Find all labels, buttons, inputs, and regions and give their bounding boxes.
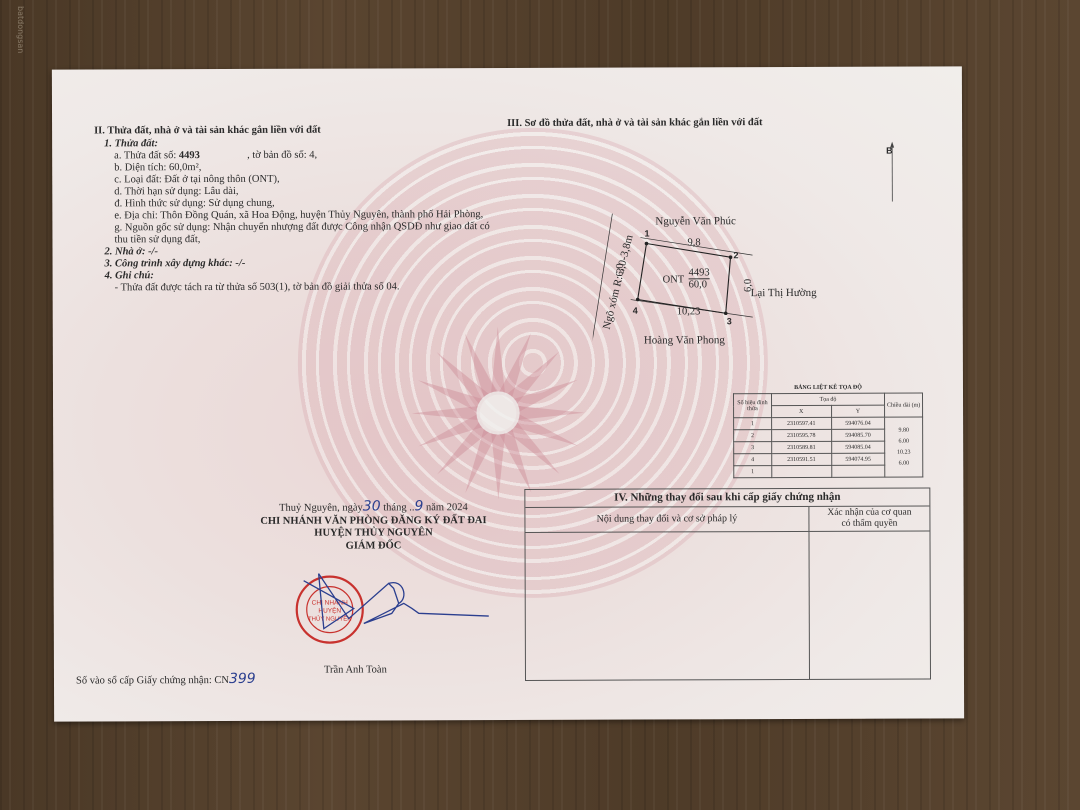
month: 9	[414, 498, 423, 514]
col-coords: Tọa độ	[771, 393, 884, 405]
cell-point: 3	[734, 442, 772, 454]
vertex-4: 4	[633, 305, 638, 318]
month-label: tháng	[383, 502, 406, 513]
house: 2. Nhà ở: -/-	[104, 246, 158, 259]
registration-label: Số vào sổ cấp Giấy chứng nhận: CN	[76, 675, 229, 687]
land-heading: 1. Thửa đất:	[104, 138, 158, 151]
org-line-1: CHI NHÁNH VĂN PHÒNG ĐĂNG KÝ ĐẤT ĐAI	[248, 515, 498, 528]
col-confirmation-line-1: Xác nhận của cơ quan	[809, 508, 929, 519]
parcel-number: 4493	[179, 150, 200, 161]
section2-title: II. Thửa đất, nhà ở và tài sản khác gắn …	[94, 125, 321, 138]
cell-y: 594085.70	[831, 429, 885, 441]
cell-point: 1	[734, 466, 772, 478]
registration-number: Số vào sổ cấp Giấy chứng nhận: CN399	[76, 671, 256, 688]
confirmation-cell	[809, 532, 930, 679]
edge-right: 6,0	[743, 279, 756, 292]
map-sheet: , tờ bản đồ số: 4,	[247, 150, 317, 161]
parcel-label: a. Thửa đất số:	[114, 150, 176, 161]
land-type: c. Loại đất: Đất ở tại nông thôn (ONT),	[114, 174, 279, 187]
cell-lengths: 9.80 6.00 10.23 6.00	[885, 417, 923, 477]
edge-top: 9,8	[687, 237, 700, 250]
note: - Thửa đất được tách ra từ thửa số 503(1…	[115, 281, 400, 295]
cell-x	[772, 465, 832, 477]
other-works: 3. Công trình xây dựng khác: -/-	[105, 258, 246, 271]
place-date-prefix: Thuỷ Nguyên, ngày	[279, 503, 363, 514]
area: b. Diện tích: 60,0m²,	[114, 162, 201, 175]
section4-title: IV. Những thay đổi sau khi cấp giấy chứn…	[525, 489, 929, 508]
col-length: Chiều dài (m)	[885, 393, 923, 417]
use-term: d. Thời hạn sử dụng: Lâu dài,	[114, 186, 238, 199]
notes-heading: 4. Ghi chú:	[105, 270, 154, 283]
origin-line-1: g. Nguồn gốc sử dụng: Nhận chuyển nhượng…	[114, 221, 489, 235]
change-content-cell	[525, 532, 810, 680]
place-date: Thuỷ Nguyên, ngày30 tháng ..9 năm 2024	[248, 500, 498, 515]
cell-y: 594076.04	[831, 417, 885, 429]
col-change-content: Nội dung thay đổi và cơ sở pháp lý	[525, 507, 809, 532]
cell-point: 2	[734, 430, 772, 442]
north-label: B	[886, 145, 893, 158]
registration-value: 399	[229, 671, 256, 687]
drum-star-pattern	[408, 323, 589, 504]
cell-y: 594074.95	[831, 453, 885, 465]
parcel-label-code: ONT	[663, 274, 685, 287]
col-point: Số hiệu đỉnh thửa	[734, 394, 772, 418]
cell-x: 2310591.51	[772, 453, 832, 465]
changes-table: IV. Những thay đổi sau khi cấp giấy chứn…	[524, 488, 931, 681]
length-4: 6.00	[885, 458, 922, 469]
land-certificate-page: II. Thửa đất, nhà ở và tài sản khác gắn …	[52, 66, 964, 721]
position: GIÁM ĐỐC	[249, 540, 499, 553]
col-confirmation-line-2: có thẩm quyền	[809, 519, 929, 530]
cell-y: 594085.04	[831, 441, 885, 453]
col-x: X	[771, 405, 831, 417]
east-neighbor: Lại Thị Hường	[751, 287, 817, 300]
year-label: năm 2024	[426, 502, 468, 513]
signature-scribble	[294, 568, 494, 649]
vertex-3: 3	[727, 315, 732, 328]
section3-title: III. Sơ đồ thửa đất, nhà ở và tài sản kh…	[507, 117, 762, 129]
cell-x: 2310595.78	[771, 429, 831, 441]
cell-point: 4	[734, 454, 772, 466]
length-1: 9.80	[885, 425, 922, 436]
parcel-line: a. Thửa đất số: 4493 , tờ bản đồ số: 4,	[114, 150, 317, 163]
vertex-2: 2	[733, 249, 738, 262]
vertex-1: 1	[644, 228, 649, 241]
origin-line-2: thu tiền sử dụng đất,	[114, 234, 200, 247]
table-row: 1 2310597.41 594076.04 9.80 6.00 10.23 6…	[734, 417, 923, 430]
cell-x: 2310597.41	[771, 417, 831, 429]
org-line-2: HUYỆN THỦY NGUYÊN	[248, 527, 498, 540]
col-y: Y	[831, 405, 885, 417]
watermark: batdongsan	[16, 6, 25, 53]
edge-left: 6,0	[615, 263, 628, 276]
parcel-label-number: 4493	[689, 267, 710, 279]
signer-name: Trần Anh Toàn	[324, 664, 387, 675]
cell-y	[831, 465, 885, 477]
signature-block: Thuỷ Nguyên, ngày30 tháng ..9 năm 2024 C…	[248, 500, 498, 553]
cell-x: 2310589.81	[771, 441, 831, 453]
col-confirmation: Xác nhận của cơ quan có thẩm quyền	[809, 507, 929, 531]
coordinate-table-title: BẢNG LIỆT KÊ TỌA ĐỘ	[733, 385, 923, 392]
day: 30	[363, 498, 381, 514]
cell-point: 1	[734, 418, 772, 430]
south-neighbor: Hoàng Văn Phong	[644, 334, 725, 347]
edge-bottom: 10,23	[677, 306, 701, 319]
north-neighbor: Nguyễn Văn Phúc	[655, 215, 736, 228]
length-3: 10.23	[885, 447, 922, 458]
length-2: 6.00	[885, 436, 922, 447]
parcel-label-area: 60,0	[689, 279, 707, 292]
coordinate-table: BẢNG LIỆT KÊ TỌA ĐỘ Số hiệu đỉnh thửa Tọ…	[733, 385, 923, 479]
